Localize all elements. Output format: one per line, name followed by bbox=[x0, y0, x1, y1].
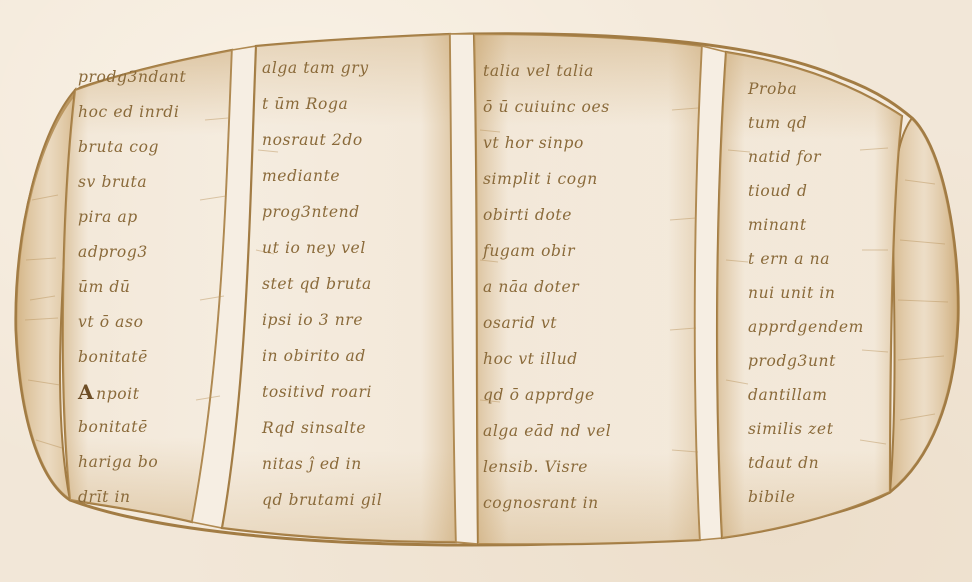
text-line: alga tam gry bbox=[262, 50, 382, 86]
text-line: prodg3unt bbox=[748, 344, 864, 378]
text-line: apprdgendem bbox=[748, 310, 864, 344]
text-line: hariga bo bbox=[78, 445, 186, 480]
decorated-initial: A bbox=[78, 380, 94, 404]
text-line: tum qd bbox=[748, 106, 864, 140]
text-line: ō ū cuiuinc oes bbox=[483, 89, 611, 125]
text-line: similis zet bbox=[748, 412, 864, 446]
text-line: sv bruta bbox=[78, 165, 186, 200]
text-line: lensib. Visre bbox=[483, 449, 611, 485]
text-line: in obirito ad bbox=[262, 338, 382, 374]
text-line: dantillam bbox=[748, 378, 864, 412]
column-1-text: prodg3ndant hoc ed inrdi bruta cog sv br… bbox=[78, 60, 186, 515]
column-3-text: talia vel talia ō ū cuiuinc oes vt hor s… bbox=[483, 53, 611, 521]
text-line: natid for bbox=[748, 140, 864, 174]
text-line: nitas ĵ ed in bbox=[262, 446, 382, 482]
text-line: drīt in bbox=[78, 480, 186, 515]
text-line: t ern a na bbox=[748, 242, 864, 276]
text-line: hoc vt illud bbox=[483, 341, 611, 377]
text-line: stet qd bruta bbox=[262, 266, 382, 302]
text-line-with-initial: Anpoit bbox=[78, 375, 186, 410]
text-line: cognosrant in bbox=[483, 485, 611, 521]
text-line: prodg3ndant bbox=[78, 60, 186, 95]
text-line: bruta cog bbox=[78, 130, 186, 165]
text-line: npoit bbox=[96, 385, 139, 403]
text-line: talia vel talia bbox=[483, 53, 611, 89]
text-line: a nāa doter bbox=[483, 269, 611, 305]
text-line: osarid vt bbox=[483, 305, 611, 341]
column-2-text: alga tam gry t ūm Roga nosraut 2do media… bbox=[262, 50, 382, 518]
text-line: simplit i cogn bbox=[483, 161, 611, 197]
text-line: Proba bbox=[748, 72, 864, 106]
text-line: bonitatē bbox=[78, 340, 186, 375]
text-line: t ūm Roga bbox=[262, 86, 382, 122]
text-line: vt ō aso bbox=[78, 305, 186, 340]
text-line: nosraut 2do bbox=[262, 122, 382, 158]
text-line: tioud d bbox=[748, 174, 864, 208]
text-line: alga eād nd vel bbox=[483, 413, 611, 449]
text-line: qd ō apprdge bbox=[483, 377, 611, 413]
text-line: nui unit in bbox=[748, 276, 864, 310]
column-4-text: Proba tum qd natid for tioud d minant t … bbox=[748, 72, 864, 514]
text-line: adprog3 bbox=[78, 235, 186, 270]
text-line: tositivd roari bbox=[262, 374, 382, 410]
right-end-cap bbox=[890, 118, 958, 492]
text-line: ipsi io 3 nre bbox=[262, 302, 382, 338]
text-line: tdaut dn bbox=[748, 446, 864, 480]
text-line: ūm dū bbox=[78, 270, 186, 305]
text-line: bonitatē bbox=[78, 410, 186, 445]
text-line: minant bbox=[748, 208, 864, 242]
text-line: qd brutami gil bbox=[262, 482, 382, 518]
text-line: bibile bbox=[748, 480, 864, 514]
text-line: hoc ed inrdi bbox=[78, 95, 186, 130]
text-line: pira ap bbox=[78, 200, 186, 235]
text-line: mediante bbox=[262, 158, 382, 194]
text-line: Rqd sinsalte bbox=[262, 410, 382, 446]
text-line: vt hor sinpo bbox=[483, 125, 611, 161]
text-line: obirti dote bbox=[483, 197, 611, 233]
text-line: ut io ney vel bbox=[262, 230, 382, 266]
text-line: fugam obir bbox=[483, 233, 611, 269]
text-line: prog3ntend bbox=[262, 194, 382, 230]
